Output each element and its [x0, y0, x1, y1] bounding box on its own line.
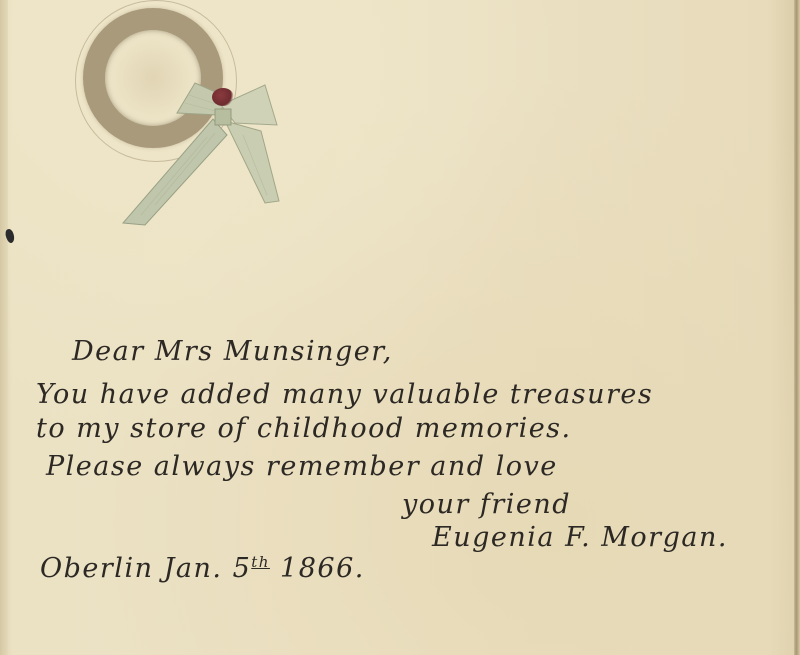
year: 1866.: [280, 553, 365, 584]
place-date: Oberlin Jan. 5th 1866.: [40, 553, 365, 584]
album-page: Dear Mrs Munsinger, You have added many …: [0, 0, 800, 655]
closing: your friend: [402, 489, 571, 520]
month: Jan.: [164, 553, 223, 584]
signature: Eugenia F. Morgan.: [432, 522, 728, 553]
body-line-2: to my store of childhood memories.: [36, 413, 572, 444]
handwritten-letter: Dear Mrs Munsinger, You have added many …: [0, 0, 800, 655]
day: 5: [233, 553, 252, 584]
day-suffix: th: [251, 553, 270, 571]
place: Oberlin: [40, 553, 153, 584]
salutation: Dear Mrs Munsinger,: [72, 336, 393, 367]
body-line-3: Please always remember and love: [46, 451, 558, 482]
body-line-1: You have added many valuable treasures: [36, 379, 653, 410]
